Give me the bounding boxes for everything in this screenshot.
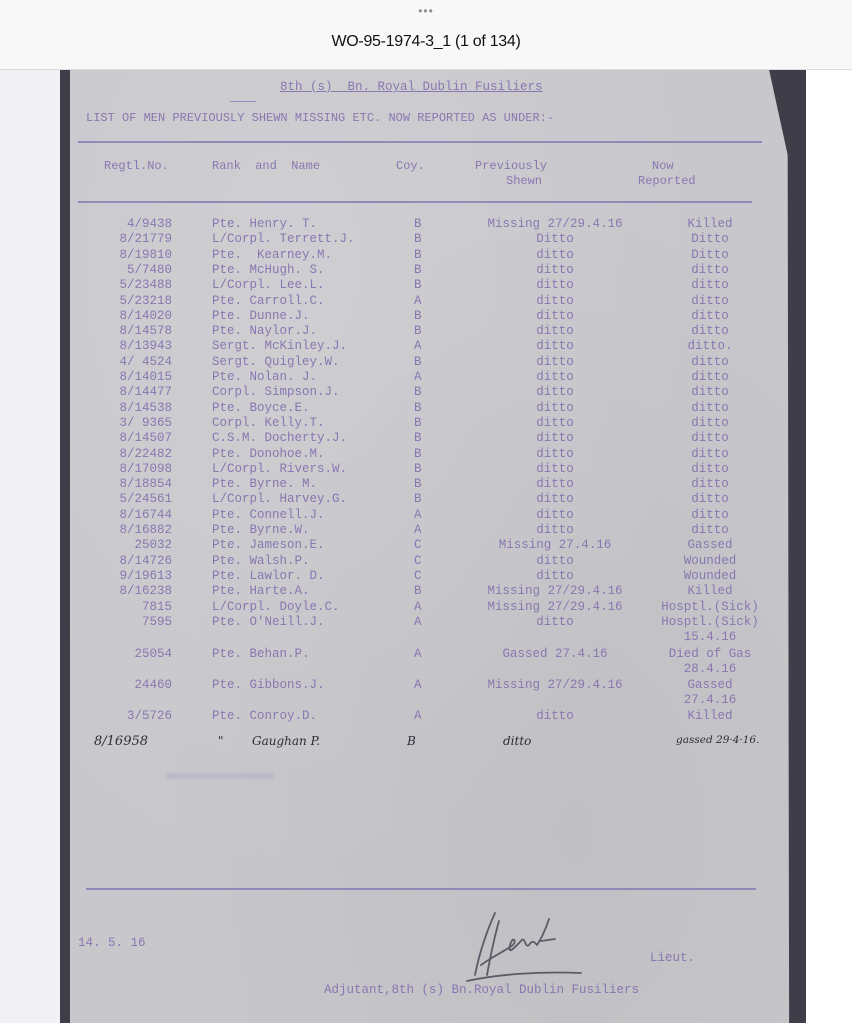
now-reported: ditto bbox=[650, 294, 770, 309]
table-row: 8/16882Pte. Byrne.W.Adittoditto bbox=[70, 523, 792, 538]
document-title: WO-95-1974-3_1 (1 of 134) bbox=[0, 33, 852, 51]
previously-shewn: ditto bbox=[465, 278, 645, 293]
ink-smudge bbox=[165, 773, 275, 779]
battalion-title: 8th (s) Bn. Royal Dublin Fusiliers bbox=[280, 80, 543, 95]
rank-name: L/Corpl. Harvey.G. bbox=[212, 492, 347, 507]
rank-name: Pte. Byrne. M. bbox=[212, 477, 317, 492]
rank-name: Pte. Jameson.E. bbox=[212, 538, 325, 553]
col-header-now-2: Reported bbox=[638, 174, 696, 189]
table-row: 9/19613Pte. Lawlor. D.CdittoWounded bbox=[70, 569, 792, 584]
previously-shewn: ditto bbox=[465, 523, 645, 538]
rank-name: Pte. Henry. T. bbox=[212, 217, 317, 232]
more-options-icon[interactable]: ••• bbox=[0, 4, 852, 18]
table-row: 5/23218Pte. Carroll.C.Adittoditto bbox=[70, 294, 792, 309]
table-row: 8/14726Pte. Walsh.P.CdittoWounded bbox=[70, 554, 792, 569]
company: A bbox=[414, 678, 422, 693]
now-reported: ditto. bbox=[650, 339, 770, 354]
company: B bbox=[414, 355, 422, 370]
table-row: 8/14538Pte. Boyce.E.Bdittoditto bbox=[70, 401, 792, 416]
previously-shewn: ditto bbox=[465, 355, 645, 370]
company: A bbox=[414, 709, 422, 724]
regt-no: 8/16238 bbox=[119, 584, 172, 599]
company: A bbox=[414, 508, 422, 523]
regt-no: 8/19810 bbox=[119, 248, 172, 263]
regt-no: 5/7480 bbox=[127, 263, 172, 278]
company: B bbox=[414, 447, 422, 462]
rank-name: Corpl. Kelly.T. bbox=[212, 416, 325, 431]
previously-shewn: ditto bbox=[465, 248, 645, 263]
rank-name: L/Corpl. Rivers.W. bbox=[212, 462, 347, 477]
rank-ditto-mark: " bbox=[218, 734, 224, 748]
regt-no: 5/23488 bbox=[119, 278, 172, 293]
footer-rule bbox=[86, 888, 756, 890]
table-row: 8/14015Pte. Nolan. J.Adittoditto bbox=[70, 370, 792, 385]
col-header-coy: Coy. bbox=[396, 159, 425, 174]
now-reported: Wounded bbox=[650, 569, 770, 584]
company: B bbox=[414, 248, 422, 263]
table-row: 8/19810Pte. Kearney.M.BdittoDitto bbox=[70, 248, 792, 263]
table-row: 8/13943Sergt. McKinley.J.Adittoditto. bbox=[70, 339, 792, 354]
now-reported: ditto bbox=[650, 447, 770, 462]
table-row: 8/17098L/Corpl. Rivers.W.Bdittoditto bbox=[70, 462, 792, 477]
table-row: 7595Pte. O'Neill.J.AdittoHosptl.(Sick)15… bbox=[70, 615, 792, 630]
previously-shewn: ditto bbox=[465, 401, 645, 416]
list-heading: LIST OF MEN PREVIOUSLY SHEWN MISSING ETC… bbox=[86, 111, 554, 126]
regt-no: 5/23218 bbox=[119, 294, 172, 309]
company: A bbox=[414, 339, 422, 354]
company: B bbox=[414, 431, 422, 446]
previously-shewn: ditto bbox=[465, 309, 645, 324]
regt-no: 8/14477 bbox=[119, 385, 172, 400]
rank-name: L/Corpl. Terrett.J. bbox=[212, 232, 355, 247]
rank-name: Gaughan P. bbox=[252, 734, 320, 748]
regt-no: 4/9438 bbox=[127, 217, 172, 232]
company: A bbox=[414, 294, 422, 309]
table-row: 8/16238Pte. Harte.A.BMissing 27/29.4.16K… bbox=[70, 584, 792, 599]
company: B bbox=[414, 324, 422, 339]
now-reported-date: 28.4.16 bbox=[650, 662, 770, 677]
regt-no: 8/21779 bbox=[119, 232, 172, 247]
company: B bbox=[414, 416, 422, 431]
now-reported: ditto bbox=[650, 385, 770, 400]
previously-shewn: ditto bbox=[465, 447, 645, 462]
regt-no: 8/17098 bbox=[119, 462, 172, 477]
regt-no: 7595 bbox=[142, 615, 172, 630]
table-row: 5/23488L/Corpl. Lee.L.Bdittoditto bbox=[70, 278, 792, 293]
now-reported: ditto bbox=[650, 416, 770, 431]
previously-shewn: ditto bbox=[465, 709, 645, 724]
regt-no: 8/16958 bbox=[94, 734, 148, 749]
header-rule-bottom bbox=[78, 201, 752, 203]
previously-shewn: Missing 27/29.4.16 bbox=[465, 217, 645, 232]
previously-shewn: ditto bbox=[465, 615, 645, 630]
table-row: 8/14477Corpl. Simpson.J.Bdittoditto bbox=[70, 385, 792, 400]
table-row: 8/22482Pte. Donohoe.M.Bdittoditto bbox=[70, 447, 792, 462]
signatory-rank: Lieut. bbox=[650, 951, 695, 966]
now-reported: Gassed bbox=[650, 538, 770, 553]
company: C bbox=[414, 538, 422, 553]
previously-shewn: ditto bbox=[465, 462, 645, 477]
rank-name: Pte. Boyce.E. bbox=[212, 401, 310, 416]
rank-name: Corpl. Simpson.J. bbox=[212, 385, 340, 400]
now-reported: Died of Gas bbox=[650, 647, 770, 662]
regt-no: 8/14020 bbox=[119, 309, 172, 324]
company: B bbox=[414, 492, 422, 507]
table-row: 24460Pte. Gibbons.J.AMissing 27/29.4.16G… bbox=[70, 678, 792, 693]
previously-shewn: Missing 27/29.4.16 bbox=[465, 678, 645, 693]
regt-no: 9/19613 bbox=[119, 569, 172, 584]
company: A bbox=[414, 523, 422, 538]
table-row: 5/7480Pte. McHugh. S.Bdittoditto bbox=[70, 263, 792, 278]
company: B bbox=[414, 584, 422, 599]
regt-no: 8/14726 bbox=[119, 554, 172, 569]
now-reported-date: 15.4.16 bbox=[650, 630, 770, 645]
rank-name: Pte. Conroy.D. bbox=[212, 709, 317, 724]
rank-name: L/Corpl. Lee.L. bbox=[212, 278, 325, 293]
rank-name: Pte. Donohoe.M. bbox=[212, 447, 325, 462]
now-reported: ditto bbox=[650, 278, 770, 293]
table-row: 25054Pte. Behan.P.AGassed 27.4.16Died of… bbox=[70, 647, 792, 662]
company: A bbox=[414, 600, 422, 615]
table-row: 8/14020Pte. Dunne.J.Bdittoditto bbox=[70, 309, 792, 324]
table-row: 5/24561L/Corpl. Harvey.G.Bdittoditto bbox=[70, 492, 792, 507]
regt-no: 8/14015 bbox=[119, 370, 172, 385]
now-reported: Gassed bbox=[650, 678, 770, 693]
table-row: 4/ 4524Sergt. Quigley.W.Bdittoditto bbox=[70, 355, 792, 370]
viewer-margin bbox=[806, 69, 852, 1023]
company: A bbox=[414, 615, 422, 630]
regt-no: 24460 bbox=[134, 678, 172, 693]
previously-shewn: Missing 27.4.16 bbox=[465, 538, 645, 553]
company: B bbox=[414, 462, 422, 477]
table-row: 4/9438Pte. Henry. T.BMissing 27/29.4.16K… bbox=[70, 217, 792, 232]
rank-name: C.S.M. Docherty.J. bbox=[212, 431, 347, 446]
rank-name: Pte. Dunne.J. bbox=[212, 309, 310, 324]
rank-name: Pte. O'Neill.J. bbox=[212, 615, 325, 630]
rank-name: Pte. Kearney.M. bbox=[212, 248, 332, 263]
rank-name: Pte. McHugh. S. bbox=[212, 263, 325, 278]
col-header-regt-no: Regtl.No. bbox=[104, 159, 169, 174]
table-row: 8/21779L/Corpl. Terrett.J.BDittoDitto bbox=[70, 232, 792, 247]
now-reported: ditto bbox=[650, 492, 770, 507]
document-page[interactable]: 8th (s) Bn. Royal Dublin Fusiliers LIST … bbox=[70, 69, 792, 1023]
regt-no: 8/14578 bbox=[119, 324, 172, 339]
previously-shewn: Missing 27/29.4.16 bbox=[465, 600, 645, 615]
regt-no: 25054 bbox=[134, 647, 172, 662]
now-reported: ditto bbox=[650, 477, 770, 492]
title-dash bbox=[230, 101, 256, 102]
previously-shewn: ditto bbox=[465, 339, 645, 354]
regt-no: 4/ 4524 bbox=[119, 355, 172, 370]
table-row: 25032Pte. Jameson.E.CMissing 27.4.16Gass… bbox=[70, 538, 792, 553]
previously-shewn: ditto bbox=[465, 416, 645, 431]
rank-name: Pte. Harte.A. bbox=[212, 584, 310, 599]
company: C bbox=[414, 569, 422, 584]
col-header-previously-2: Shewn bbox=[506, 174, 542, 189]
regt-no: 8/14538 bbox=[119, 401, 172, 416]
previously-shewn: ditto bbox=[465, 385, 645, 400]
company: B bbox=[414, 385, 422, 400]
previously-shewn: ditto bbox=[465, 370, 645, 385]
previously-shewn: ditto bbox=[465, 554, 645, 569]
now-reported: Wounded bbox=[650, 554, 770, 569]
now-reported: ditto bbox=[650, 355, 770, 370]
now-reported: ditto bbox=[650, 309, 770, 324]
company: B bbox=[407, 734, 416, 748]
regt-no: 8/22482 bbox=[119, 447, 172, 462]
col-header-previously-1: Previously bbox=[475, 159, 547, 174]
viewer-header: ••• WO-95-1974-3_1 (1 of 134) bbox=[0, 0, 852, 70]
rank-name: L/Corpl. Doyle.C. bbox=[212, 600, 340, 615]
rank-name: Pte. Behan.P. bbox=[212, 647, 310, 662]
now-reported: ditto bbox=[650, 401, 770, 416]
now-reported: Hosptl.(Sick) bbox=[650, 615, 770, 630]
regt-no: 5/24561 bbox=[119, 492, 172, 507]
regt-no: 3/5726 bbox=[127, 709, 172, 724]
regt-no: 8/16744 bbox=[119, 508, 172, 523]
company: C bbox=[414, 554, 422, 569]
rank-name: Pte. Gibbons.J. bbox=[212, 678, 325, 693]
previously-shewn: ditto bbox=[465, 569, 645, 584]
now-reported: ditto bbox=[650, 263, 770, 278]
now-reported: Killed bbox=[650, 584, 770, 599]
regt-no: 8/13943 bbox=[119, 339, 172, 354]
rank-name: Pte. Carroll.C. bbox=[212, 294, 325, 309]
now-reported: ditto bbox=[650, 462, 770, 477]
regt-no: 8/14507 bbox=[119, 431, 172, 446]
company: A bbox=[414, 370, 422, 385]
company: B bbox=[414, 309, 422, 324]
now-reported: ditto bbox=[650, 431, 770, 446]
rank-name: Pte. Naylor.J. bbox=[212, 324, 317, 339]
regt-no: 7815 bbox=[142, 600, 172, 615]
now-reported-date: 27.4.16 bbox=[650, 693, 770, 708]
table-row: 8/14578Pte. Naylor.J.Bdittoditto bbox=[70, 324, 792, 339]
now-reported: ditto bbox=[650, 508, 770, 523]
previously-shewn: Ditto bbox=[465, 232, 645, 247]
col-header-rank-name: Rank and Name bbox=[212, 159, 320, 174]
regt-no: 25032 bbox=[134, 538, 172, 553]
rank-name: Pte. Nolan. J. bbox=[212, 370, 317, 385]
table-row: 3/ 9365Corpl. Kelly.T.Bdittoditto bbox=[70, 416, 792, 431]
table-row: 8/18854Pte. Byrne. M.Bdittoditto bbox=[70, 477, 792, 492]
table-row: 7815L/Corpl. Doyle.C.AMissing 27/29.4.16… bbox=[70, 600, 792, 615]
col-header-now-1: Now bbox=[652, 159, 674, 174]
now-reported: ditto bbox=[650, 370, 770, 385]
previously-shewn: ditto bbox=[465, 508, 645, 523]
company: B bbox=[414, 263, 422, 278]
now-reported: ditto bbox=[650, 324, 770, 339]
now-reported: gassed 29·4·16. bbox=[676, 734, 759, 746]
header-rule-top bbox=[78, 141, 762, 143]
previously-shewn: ditto bbox=[465, 492, 645, 507]
company: B bbox=[414, 401, 422, 416]
previously-shewn: ditto bbox=[465, 263, 645, 278]
rank-name: Pte. Walsh.P. bbox=[212, 554, 310, 569]
previously-shewn: ditto bbox=[465, 324, 645, 339]
company: B bbox=[414, 477, 422, 492]
previously-shewn: ditto bbox=[465, 477, 645, 492]
now-reported: Killed bbox=[650, 709, 770, 724]
previously-shewn: Gassed 27.4.16 bbox=[465, 647, 645, 662]
table-row: 3/5726Pte. Conroy.D.AdittoKilled bbox=[70, 709, 792, 724]
footer-date: 14. 5. 16 bbox=[78, 936, 146, 951]
previously-shewn: ditto bbox=[465, 294, 645, 309]
previously-shewn: Missing 27/29.4.16 bbox=[465, 584, 645, 599]
signature-icon bbox=[455, 905, 585, 985]
company: B bbox=[414, 217, 422, 232]
regt-no: 3/ 9365 bbox=[119, 416, 172, 431]
previously-shewn: ditto bbox=[465, 431, 645, 446]
regt-no: 8/16882 bbox=[119, 523, 172, 538]
previously-shewn: ditto bbox=[503, 734, 531, 748]
now-reported: ditto bbox=[650, 523, 770, 538]
rank-name: Sergt. Quigley.W. bbox=[212, 355, 340, 370]
rank-name: Pte. Byrne.W. bbox=[212, 523, 310, 538]
table-row: 8/14507C.S.M. Docherty.J.Bdittoditto bbox=[70, 431, 792, 446]
company: B bbox=[414, 278, 422, 293]
rank-name: Pte. Lawlor. D. bbox=[212, 569, 325, 584]
company: A bbox=[414, 647, 422, 662]
now-reported: Ditto bbox=[650, 248, 770, 263]
rank-name: Sergt. McKinley.J. bbox=[212, 339, 347, 354]
table-row: 8/16744Pte. Connell.J.Adittoditto bbox=[70, 508, 792, 523]
handwritten-row: 8/16958 " Gaughan P. B ditto gassed 29·4… bbox=[70, 734, 792, 749]
rank-name: Pte. Connell.J. bbox=[212, 508, 325, 523]
regt-no: 8/18854 bbox=[119, 477, 172, 492]
now-reported: Hosptl.(Sick) bbox=[650, 600, 770, 615]
company: B bbox=[414, 232, 422, 247]
now-reported: Ditto bbox=[650, 232, 770, 247]
signatory-title: Adjutant,8th (s) Bn.Royal Dublin Fusilie… bbox=[324, 983, 639, 998]
now-reported: Killed bbox=[650, 217, 770, 232]
